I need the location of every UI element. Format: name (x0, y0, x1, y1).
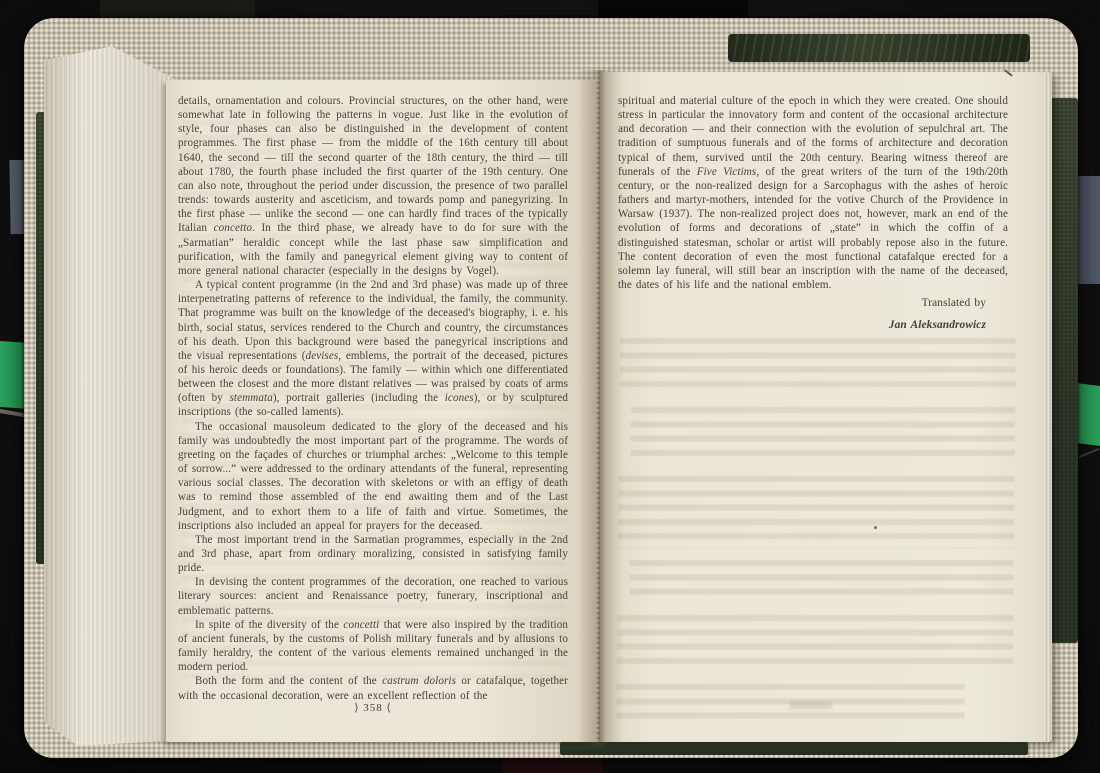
right-page-number-show-through (790, 701, 832, 709)
paragraph: details, ornamentation and colours. Prov… (178, 94, 568, 278)
translator-name: Jan Aleksandrowicz (618, 314, 986, 336)
right-page-text-column: spiritual and material culture of the ep… (618, 94, 1008, 336)
background-diagonal-line-right (1078, 448, 1099, 458)
paragraph: The occasional mausoleum dedicated to th… (178, 420, 568, 533)
cover-board-edge-top-right (728, 34, 1030, 62)
paragraph: spiritual and material culture of the ep… (618, 94, 1008, 292)
paragraph: The most important trend in the Sarmatia… (178, 533, 568, 575)
page-stack-fore-edge (44, 42, 174, 746)
cover-board-edge-bottom (560, 742, 1028, 755)
translator-label: Translated by (922, 297, 986, 309)
paper-speck (874, 526, 877, 529)
cover-board-edge-right (1048, 98, 1078, 643)
left-page-number: ⟩ 358 ⟨ (178, 701, 568, 714)
show-through-block (617, 615, 1013, 672)
show-through-block (629, 560, 1013, 603)
show-through-block (631, 407, 1015, 464)
book-photo-scene: details, ornamentation and colours. Prov… (0, 0, 1100, 773)
paragraph: A typical content programme (in the 2nd … (178, 278, 568, 420)
paragraph: In devising the content programmes of th… (178, 575, 568, 617)
right-page-show-through (616, 338, 1015, 739)
left-page-text-column: details, ornamentation and colours. Prov… (178, 94, 568, 703)
translator-credit: Translated by Jan Aleksandrowicz (618, 292, 1008, 336)
paragraph: Both the form and the content of the cas… (178, 674, 568, 702)
show-through-block (618, 476, 1015, 548)
show-through-block (619, 338, 1015, 395)
paragraph: In spite of the diversity of the concett… (178, 618, 568, 675)
